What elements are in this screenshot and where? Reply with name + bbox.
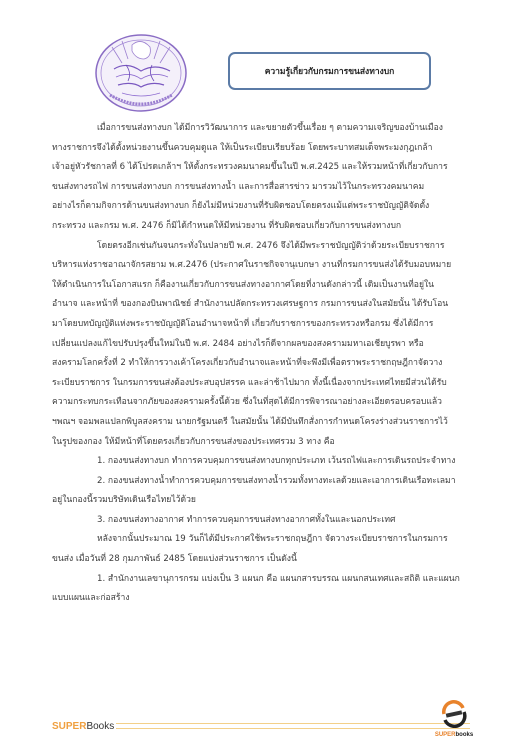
- list-item-continuation: อยู่ในกองนี้รวมบริษัทเดินเรือไทยไว้ด้วย: [52, 491, 492, 511]
- paragraph-line: บริหารแห่งราชอาณาจักรสยาม พ.ศ.2476 (ประก…: [52, 256, 492, 276]
- paragraph-line: หลังจากนั้นประมาณ 19 วันก็ได้มีประกาศใช้…: [52, 530, 492, 550]
- page-title: ความรู้เกี่ยวกับกรมการขนส่งทางบก: [228, 52, 431, 90]
- paragraph-line: ในรูปของกอง ให้มีหน้าที่โดยตรงเกี่ยวกับก…: [52, 433, 492, 453]
- brand-suffix: Books: [86, 721, 114, 732]
- superbooks-logo-icon: [439, 700, 469, 728]
- footer: SUPERBooks: [52, 716, 472, 736]
- paragraph-line: เปลี่ยนแปลงแก้ไขปรับปรุงขึ้นใหม่ในปี พ.ศ…: [52, 335, 492, 355]
- footer-brand-left: SUPERBooks: [52, 721, 114, 732]
- brand-prefix: SUPER: [52, 721, 86, 732]
- paragraph-line: ฯพณฯ จอมพลแปลกพิบูลสงคราม นายกรัฐมนตรี ใ…: [52, 413, 492, 433]
- paragraph-line: เจ้าอยู่หัวรัชกาลที่ 6 ได้โปรดเกล้าฯ ให้…: [52, 158, 492, 178]
- body-text: เมื่อการขนส่งทางบก ได้มีการวิวัฒนาการ แล…: [52, 119, 492, 609]
- footer-brand-right: SUPERbooks: [430, 700, 478, 740]
- list-item: 2. กองขนส่งทางน้ำทำการควบคุมการขนส่งทางน…: [52, 472, 492, 492]
- paragraph-line: อำนาจ และหน้าที่ ของกองบินพาณิชย์ สำนักง…: [52, 295, 492, 315]
- paragraph-line: ระเบียบราชการ ในกรมการขนส่งต้องประสบอุปส…: [52, 374, 492, 394]
- paragraph-line: ความกระทบกระเทือนจากภัยของสงครามครั้งนี้…: [52, 393, 492, 413]
- department-seal-icon: [92, 33, 190, 113]
- page-title-text: ความรู้เกี่ยวกับกรมการขนส่งทางบก: [265, 64, 395, 78]
- paragraph-line: ขนส่งทางรถไฟ การขนส่งทางบก การขนส่งทางน้…: [52, 178, 492, 198]
- paragraph-line: ขนส่ง เมื่อวันที่ 28 กุมภาพันธ์ 2485 โดย…: [52, 550, 492, 570]
- paragraph-line: กระทรวง และกรม พ.ศ. 2476 ก็มิได้กำหนดให้…: [52, 217, 492, 237]
- list-item: 3. กองขนส่งทางอากาศ ทำการควบคุมการขนส่งท…: [52, 511, 492, 531]
- paragraph-line: มาโดยบทบัญญัติแห่งพระราชบัญญัติโอนอำนาจห…: [52, 315, 492, 335]
- brand-right-prefix: SUPER: [435, 732, 456, 738]
- paragraph-line: ให้ดำเนินการในโอกาสแรก ก็คืองานเกี่ยวกับ…: [52, 276, 492, 296]
- paragraph-line: โดยตรงอีกเช่นกันจนกระทั่งในปลายปี พ.ศ. 2…: [52, 237, 492, 257]
- footer-divider: [116, 723, 470, 729]
- document-page: ความรู้เกี่ยวกับกรมการขนส่งทางบก เมื่อกา…: [0, 0, 512, 755]
- brand-right-suffix: books: [456, 732, 474, 738]
- paragraph-line: สงครามโลกครั้งที่ 2 ทำให้การวางเค้าโครงเ…: [52, 354, 492, 374]
- list-item: 1. สำนักงานเลขานุการกรม แบ่งเป็น 3 แผนก …: [52, 570, 492, 590]
- list-item-continuation: แบบแผนและก่อสร้าง: [52, 589, 492, 609]
- paragraph-line: เมื่อการขนส่งทางบก ได้มีการวิวัฒนาการ แล…: [52, 119, 492, 139]
- paragraph-line: อย่างไรก็ตามกิจการด้านขนส่งทางบก ก็ยังไม…: [52, 197, 492, 217]
- paragraph-line: ทางราชการจึงได้ตั้งหน่วยงานขึ้นควบคุมดูแ…: [52, 139, 492, 159]
- list-item: 1. กองขนส่งทางบก ทำการควบคุมการขนส่งทางบ…: [52, 452, 492, 472]
